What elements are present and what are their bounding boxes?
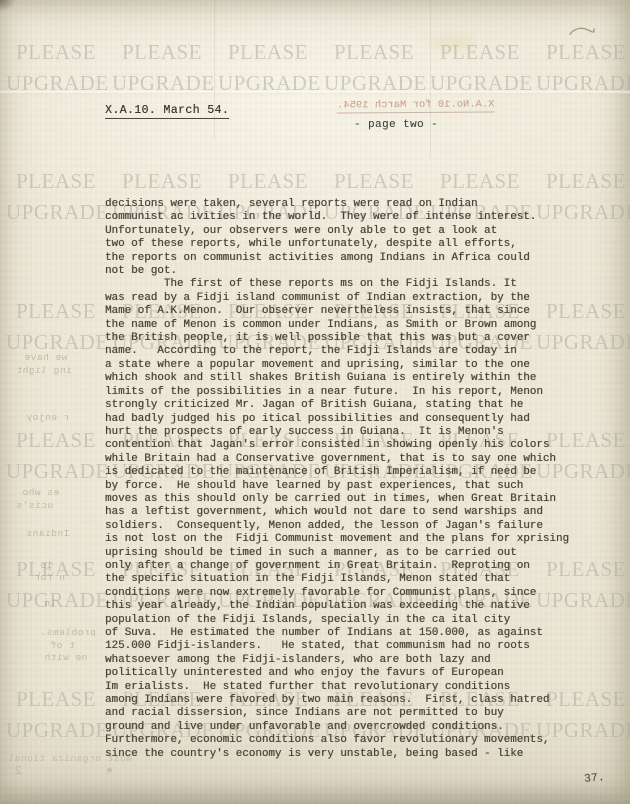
bleedthrough-reference-line: X.A.No.10 for March 1954. (337, 98, 495, 113)
scanned-document-page: PLEASEUPGRADEPLEASEUPGRADEPLEASEUPGRADEP… (0, 0, 630, 804)
bleedthrough-text: we have (24, 352, 67, 363)
watermark-text: UPGRADE (6, 459, 109, 484)
vertical-crease (430, 0, 431, 158)
bleedthrough-text: ne with (44, 652, 87, 663)
watermark-text: PLEASE (16, 687, 96, 712)
bleedthrough-text: 2 (14, 764, 22, 778)
bleedthrough-text: ing light (16, 365, 72, 376)
horizontal-fold-crease (0, 90, 630, 94)
watermark-text: PLEASE (16, 299, 96, 324)
corner-shadow (0, 0, 16, 12)
watermark-text: PLEASE (546, 169, 626, 194)
bleedthrough-text: ucis's (16, 500, 53, 511)
page-label: - page two - (354, 119, 438, 131)
watermark-text: PLEASE (16, 169, 96, 194)
watermark-text: UPGRADE (6, 718, 109, 743)
watermark-text: PLEASE (546, 40, 626, 65)
watermark-text: UPGRADE (6, 71, 109, 96)
document-body-text: decisions were taken, several reports we… (105, 198, 569, 761)
watermark-text: PLEASE (228, 40, 308, 65)
bleedthrough-text: n for (34, 572, 65, 583)
watermark-text: PLEASE (440, 40, 520, 65)
watermark-text: UPGRADE (324, 71, 427, 96)
ink-stain (107, 768, 112, 772)
watermark-text: PLEASE (440, 169, 520, 194)
bleedthrough-text: io (40, 560, 52, 571)
watermark-text: UPGRADE (430, 71, 533, 96)
watermark-text: PLEASE (122, 40, 202, 65)
watermark-text: PLEASE (16, 557, 96, 582)
watermark-text: UPGRADE (536, 71, 630, 96)
watermark-text: UPGRADE (6, 588, 109, 613)
pencil-mark (568, 25, 596, 37)
watermark-text: UPGRADE (218, 71, 321, 96)
watermark-text: UPGRADE (112, 71, 215, 96)
page-number: 37. (583, 771, 605, 786)
watermark-text: PLEASE (334, 169, 414, 194)
bleedthrough-text: r enjoy (26, 412, 69, 423)
bleedthrough-text: problems. (40, 627, 96, 638)
watermark-text: PLEASE (16, 428, 96, 453)
watermark-text: UPGRADE (6, 330, 109, 355)
watermark-text: UPGRADE (6, 200, 109, 225)
bleedthrough-text: ln (44, 598, 56, 609)
document-reference: X.A.10. March 54. (105, 104, 229, 119)
watermark-text: PLEASE (334, 40, 414, 65)
watermark-text: PLEASE (122, 169, 202, 194)
paper-discoloration (430, 36, 476, 50)
watermark-text: PLEASE (16, 40, 96, 65)
watermark-text: PLEASE (228, 169, 308, 194)
bleedthrough-text: es who (22, 487, 59, 498)
bleedthrough-text: t of (50, 640, 75, 651)
bleedthrough-text: Indians (26, 528, 69, 539)
